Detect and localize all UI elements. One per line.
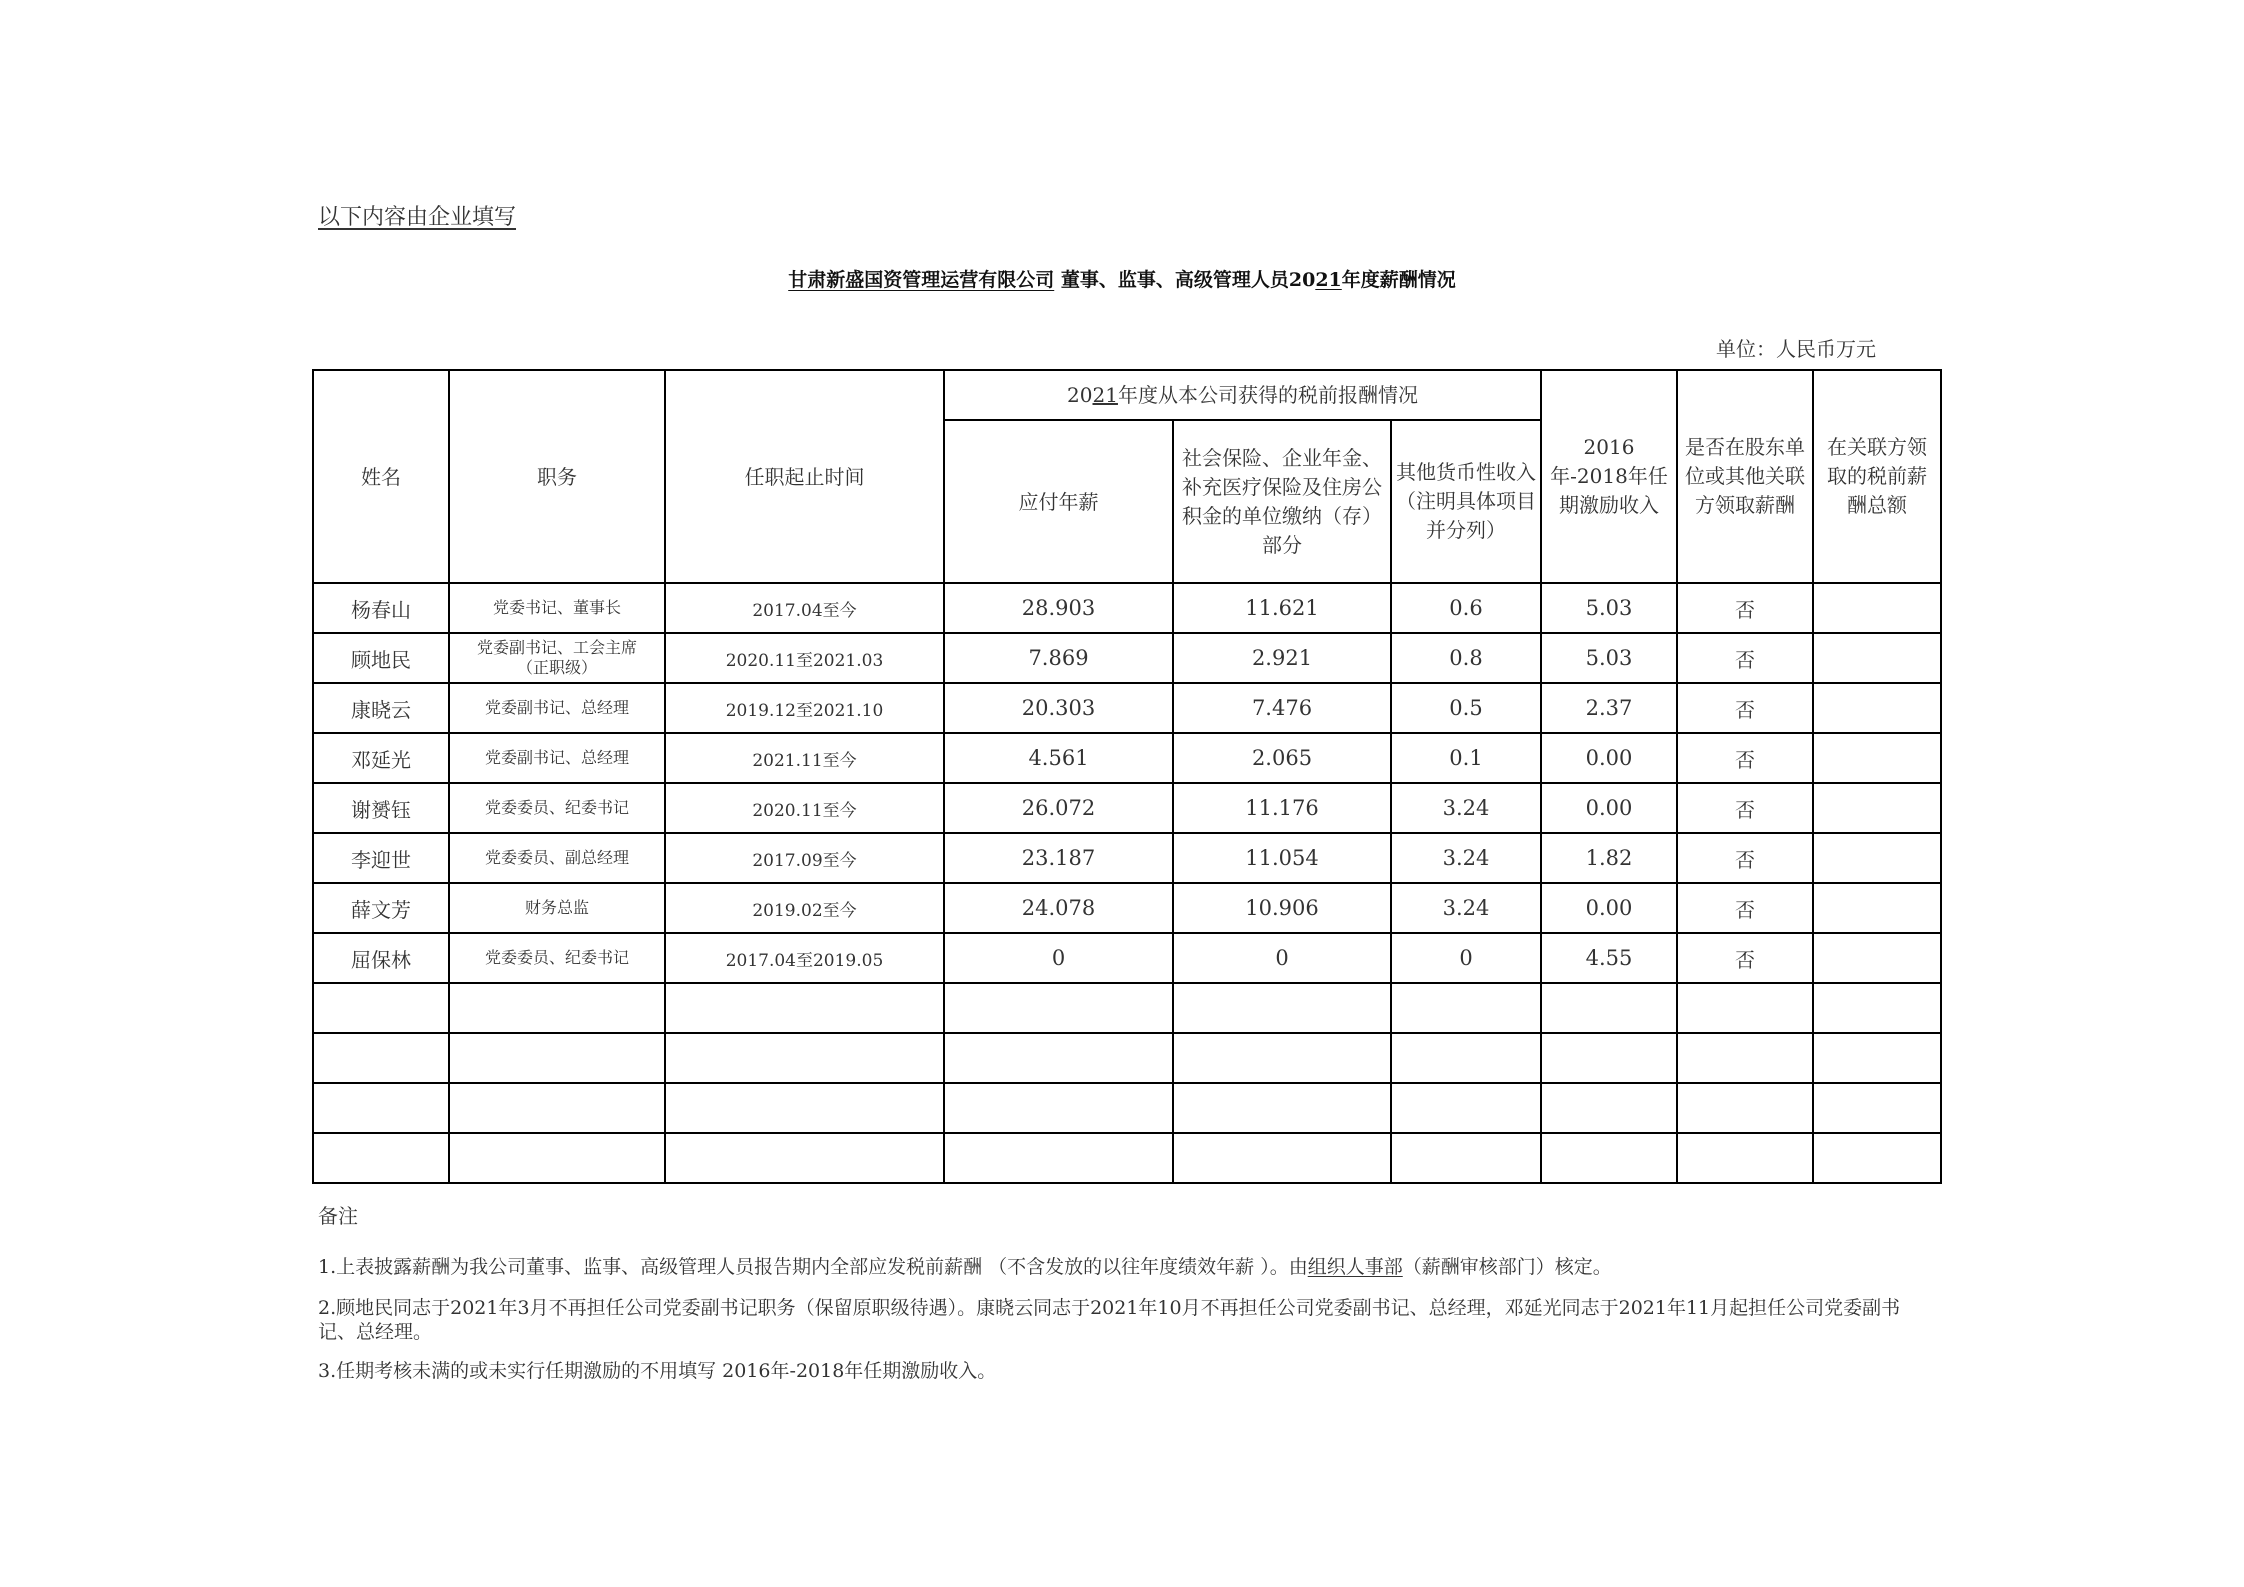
empty-row <box>313 1133 1941 1183</box>
insurance-cell: 10.906 <box>1173 883 1391 933</box>
insurance-cell: 0 <box>1173 933 1391 983</box>
header-incentive: 2016年-2018年任期激励收入 <box>1541 370 1677 583</box>
empty-cell <box>1813 983 1941 1033</box>
empty-cell <box>1813 1083 1941 1133</box>
related-total-cell <box>1813 583 1941 633</box>
empty-cell <box>1391 983 1541 1033</box>
incentive-cell: 0.00 <box>1541 783 1677 833</box>
related-total-cell <box>1813 783 1941 833</box>
tenure-cell: 2019.02至今 <box>665 883 944 933</box>
header-tenure: 任职起止时间 <box>665 370 944 583</box>
other-income-cell: 3.24 <box>1391 783 1541 833</box>
table-row: 邓延光党委副书记、总经理2021.11至今4.5612.0650.10.00否 <box>313 733 1941 783</box>
empty-cell <box>665 983 944 1033</box>
other-income-cell: 3.24 <box>1391 833 1541 883</box>
name-cell: 薛文芳 <box>313 883 449 933</box>
empty-cell <box>313 1133 449 1183</box>
compensation-table: 姓名 职务 任职起止时间 2021年度从本公司获得的税前报酬情况 2016年-2… <box>312 369 1942 1184</box>
shareholder-paid-cell: 否 <box>1677 583 1813 633</box>
shareholder-paid-cell: 否 <box>1677 733 1813 783</box>
title-year: 2021 <box>1289 269 1342 291</box>
empty-cell <box>1677 1133 1813 1183</box>
empty-cell <box>1391 1083 1541 1133</box>
header-shareholder-paid: 是否在股东单位或其他关联方领取薪酬 <box>1677 370 1813 583</box>
shareholder-paid-cell: 否 <box>1677 783 1813 833</box>
tenure-cell: 2017.04至今 <box>665 583 944 633</box>
incentive-cell: 2.37 <box>1541 683 1677 733</box>
empty-cell <box>1173 1133 1391 1183</box>
empty-cell <box>313 1083 449 1133</box>
insurance-cell: 11.054 <box>1173 833 1391 883</box>
header-other-income: 其他货币性收入 （注明具体项目并分列） <box>1391 420 1541 583</box>
header-related-total: 在关联方领取的税前薪酬总额 <box>1813 370 1941 583</box>
empty-cell <box>944 1033 1173 1083</box>
header-row-1: 姓名 职务 任职起止时间 2021年度从本公司获得的税前报酬情况 2016年-2… <box>313 370 1941 420</box>
company-name: 甘肃新盛国资管理运营有限公司 <box>788 269 1054 291</box>
position-cell: 财务总监 <box>449 883 665 933</box>
salary-cell: 4.561 <box>944 733 1173 783</box>
empty-cell <box>1173 1033 1391 1083</box>
unit-label: 单位：人民币万元 <box>1716 333 1876 362</box>
tenure-cell: 2019.12至2021.10 <box>665 683 944 733</box>
position-cell: 党委副书记、总经理 <box>449 733 665 783</box>
table-row: 顾地民党委副书记、工会主席（正职级）2020.11至2021.037.8692.… <box>313 633 1941 683</box>
related-total-cell <box>1813 833 1941 883</box>
salary-cell: 7.869 <box>944 633 1173 683</box>
empty-cell <box>1541 1083 1677 1133</box>
note-3: 3.任期考核未满的或未实行任期激励的不用填写 2016年-2018年任期激励收入… <box>318 1356 996 1383</box>
empty-cell <box>1677 983 1813 1033</box>
empty-cell <box>1813 1033 1941 1083</box>
position-cell: 党委副书记、工会主席（正职级） <box>449 633 665 683</box>
table-row: 薛文芳财务总监2019.02至今24.07810.9063.240.00否 <box>313 883 1941 933</box>
shareholder-paid-cell: 否 <box>1677 683 1813 733</box>
table-row: 谢赟钰党委委员、纪委书记2020.11至今26.07211.1763.240.0… <box>313 783 1941 833</box>
salary-cell: 23.187 <box>944 833 1173 883</box>
salary-cell: 0 <box>944 933 1173 983</box>
name-cell: 杨春山 <box>313 583 449 633</box>
intro-text: 以下内容由企业填写 <box>318 200 516 231</box>
empty-cell <box>449 1133 665 1183</box>
empty-cell <box>313 983 449 1033</box>
title-rest: 董事、监事、高级管理人员 <box>1054 269 1289 291</box>
empty-cell <box>665 1033 944 1083</box>
position-cell: 党委委员、纪委书记 <box>449 783 665 833</box>
related-total-cell <box>1813 733 1941 783</box>
name-cell: 邓延光 <box>313 733 449 783</box>
header-position: 职务 <box>449 370 665 583</box>
header-salary: 应付年薪 <box>944 420 1173 583</box>
empty-cell <box>1173 1083 1391 1133</box>
header-group: 2021年度从本公司获得的税前报酬情况 <box>944 370 1541 420</box>
other-income-cell: 0 <box>1391 933 1541 983</box>
other-income-cell: 0.8 <box>1391 633 1541 683</box>
name-cell: 屈保林 <box>313 933 449 983</box>
tenure-cell: 2021.11至今 <box>665 733 944 783</box>
shareholder-paid-cell: 否 <box>1677 933 1813 983</box>
insurance-cell: 2.065 <box>1173 733 1391 783</box>
empty-cell <box>1541 1033 1677 1083</box>
name-cell: 顾地民 <box>313 633 449 683</box>
position-cell: 党委书记、董事长 <box>449 583 665 633</box>
insurance-cell: 11.176 <box>1173 783 1391 833</box>
empty-row <box>313 983 1941 1033</box>
other-income-cell: 0.1 <box>1391 733 1541 783</box>
related-total-cell <box>1813 933 1941 983</box>
salary-cell: 26.072 <box>944 783 1173 833</box>
position-cell: 党委委员、纪委书记 <box>449 933 665 983</box>
empty-cell <box>1541 983 1677 1033</box>
empty-cell <box>944 983 1173 1033</box>
name-cell: 谢赟钰 <box>313 783 449 833</box>
position-cell: 党委副书记、总经理 <box>449 683 665 733</box>
salary-cell: 28.903 <box>944 583 1173 633</box>
header-name: 姓名 <box>313 370 449 583</box>
salary-cell: 24.078 <box>944 883 1173 933</box>
related-total-cell <box>1813 883 1941 933</box>
table-row: 杨春山党委书记、董事长2017.04至今28.90311.6210.65.03否 <box>313 583 1941 633</box>
dept-name: 组织人事部 <box>1308 1256 1403 1278</box>
position-cell: 党委委员、副总经理 <box>449 833 665 883</box>
empty-cell <box>944 1133 1173 1183</box>
incentive-cell: 4.55 <box>1541 933 1677 983</box>
related-total-cell <box>1813 683 1941 733</box>
empty-cell <box>1677 1033 1813 1083</box>
incentive-cell: 0.00 <box>1541 733 1677 783</box>
note-2: 2.顾地民同志于2021年3月不再担任公司党委副书记职务（保留原职级待遇）。康晓… <box>318 1296 1938 1344</box>
incentive-cell: 0.00 <box>1541 883 1677 933</box>
insurance-cell: 2.921 <box>1173 633 1391 683</box>
empty-cell <box>313 1033 449 1083</box>
empty-cell <box>944 1083 1173 1133</box>
shareholder-paid-cell: 否 <box>1677 633 1813 683</box>
tenure-cell: 2020.11至2021.03 <box>665 633 944 683</box>
page-title: 甘肃新盛国资管理运营有限公司 董事、监事、高级管理人员2021年度薪酬情况 <box>0 265 2244 292</box>
tenure-cell: 2017.09至今 <box>665 833 944 883</box>
empty-cell <box>1173 983 1391 1033</box>
empty-cell <box>449 1083 665 1133</box>
other-income-cell: 0.6 <box>1391 583 1541 633</box>
shareholder-paid-cell: 否 <box>1677 883 1813 933</box>
title-suffix: 年度薪酬情况 <box>1342 269 1456 291</box>
tenure-cell: 2020.11至今 <box>665 783 944 833</box>
empty-cell <box>1391 1033 1541 1083</box>
empty-row <box>313 1033 1941 1083</box>
table-row: 康晓云党委副书记、总经理2019.12至2021.1020.3037.4760.… <box>313 683 1941 733</box>
shareholder-paid-cell: 否 <box>1677 833 1813 883</box>
other-income-cell: 3.24 <box>1391 883 1541 933</box>
empty-cell <box>1677 1083 1813 1133</box>
incentive-cell: 5.03 <box>1541 583 1677 633</box>
empty-cell <box>1541 1133 1677 1183</box>
empty-cell <box>449 983 665 1033</box>
table-row: 李迎世党委委员、副总经理2017.09至今23.18711.0543.241.8… <box>313 833 1941 883</box>
insurance-cell: 7.476 <box>1173 683 1391 733</box>
header-insurance: 社会保险、企业年金、补充医疗保险及住房公积金的单位缴纳（存）部分 <box>1173 420 1391 583</box>
incentive-cell: 1.82 <box>1541 833 1677 883</box>
tenure-cell: 2017.04至2019.05 <box>665 933 944 983</box>
insurance-cell: 11.621 <box>1173 583 1391 633</box>
notes-heading: 备注 <box>318 1200 358 1229</box>
note-1: 1.上表披露薪酬为我公司董事、监事、高级管理人员报告期内全部应发税前薪酬 （不含… <box>318 1252 1612 1279</box>
empty-cell <box>1813 1133 1941 1183</box>
empty-cell <box>1391 1133 1541 1183</box>
empty-cell <box>665 1083 944 1133</box>
related-total-cell <box>1813 633 1941 683</box>
incentive-cell: 5.03 <box>1541 633 1677 683</box>
empty-cell <box>449 1033 665 1083</box>
other-income-cell: 0.5 <box>1391 683 1541 733</box>
name-cell: 康晓云 <box>313 683 449 733</box>
empty-cell <box>665 1133 944 1183</box>
name-cell: 李迎世 <box>313 833 449 883</box>
table-row: 屈保林党委委员、纪委书记2017.04至2019.050004.55否 <box>313 933 1941 983</box>
empty-row <box>313 1083 1941 1133</box>
salary-cell: 20.303 <box>944 683 1173 733</box>
